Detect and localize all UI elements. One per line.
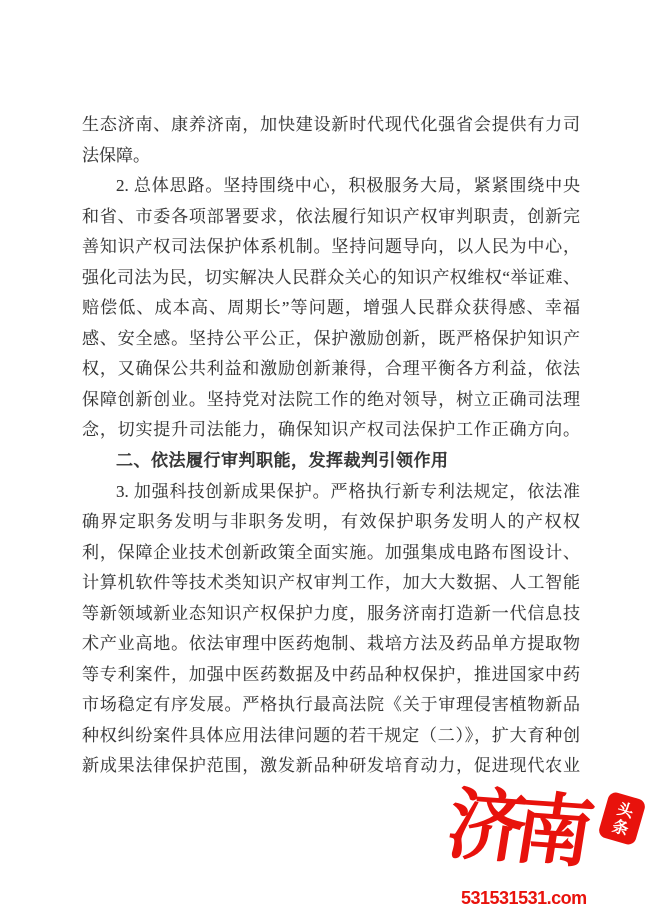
document-line: 强化司法为民，切实解决人民群众关心的知识产权维权“举证难、 <box>82 263 580 294</box>
toutiao-seal-stamp: 头条 <box>597 791 646 847</box>
document-page: 生态济南、康养济南，加快建设新时代现代化强省会提供有力司法保障。2. 总体思路。… <box>0 0 650 919</box>
document-line: 善知识产权司法保护体系机制。坚持问题导向，以人民为中心， <box>82 232 580 263</box>
document-line: 利，保障企业技术创新政策全面实施。加强集成电路布图设计、 <box>82 538 580 569</box>
jinan-toutiao-watermark: 济南 头条 531531531.com <box>430 780 650 919</box>
document-line: 保障创新创业。坚持党对法院工作的绝对领导，树立正确司法理 <box>82 385 580 416</box>
document-line: 新成果法律保护范围，激发新品种研发培育动力，促进现代农业 <box>82 751 580 782</box>
document-line: 确界定职务发明与非职务发明，有效保护职务发明人的产权权 <box>82 507 580 538</box>
document-line: 念，切实提升司法能力，确保知识产权司法保护工作正确方向。 <box>82 415 580 446</box>
document-line: 等新领域新业态知识产权保护力度，服务济南打造新一代信息技 <box>82 599 580 630</box>
document-line: 权，又确保公共利益和激励创新兼得，合理平衡各方利益，依法 <box>82 354 580 385</box>
document-line: 等专利案件，加强中医药数据及中药品种权保护，推进国家中药 <box>82 660 580 691</box>
document-body: 生态济南、康养济南，加快建设新时代现代化强省会提供有力司法保障。2. 总体思路。… <box>82 110 580 782</box>
seal-text: 头条 <box>606 798 638 839</box>
document-line: 二、依法履行审判职能，发挥裁判引领作用 <box>82 446 580 477</box>
document-line: 和省、市委各项部署要求，依法履行知识产权审判职责，创新完 <box>82 202 580 233</box>
document-line: 赔偿低、成本高、周期长”等问题，增强人民群众获得感、幸福 <box>82 293 580 324</box>
document-line: 种权纠纷案件具体应用法律问题的若干规定（二）》，扩大育种创 <box>82 721 580 752</box>
watermark-site-url: 531531531.com <box>461 888 587 909</box>
document-line: 法保障。 <box>82 141 580 172</box>
document-line: 3. 加强科技创新成果保护。严格执行新专利法规定，依法准 <box>82 477 580 508</box>
document-line: 术产业高地。依法审理中医药炮制、栽培方法及药品单方提取物 <box>82 629 580 660</box>
brand-calligraphy-jinan: 济南 <box>442 784 589 875</box>
document-line: 生态济南、康养济南，加快建设新时代现代化强省会提供有力司 <box>82 110 580 141</box>
document-line: 市场稳定有序发展。严格执行最高法院《关于审理侵害植物新品 <box>82 690 580 721</box>
document-line: 2. 总体思路。坚持围绕中心，积极服务大局，紧紧围绕中央 <box>82 171 580 202</box>
document-line: 感、安全感。坚持公平公正，保护激励创新，既严格保护知识产 <box>82 324 580 355</box>
document-line: 计算机软件等技术类知识产权审判工作，加大大数据、人工智能 <box>82 568 580 599</box>
